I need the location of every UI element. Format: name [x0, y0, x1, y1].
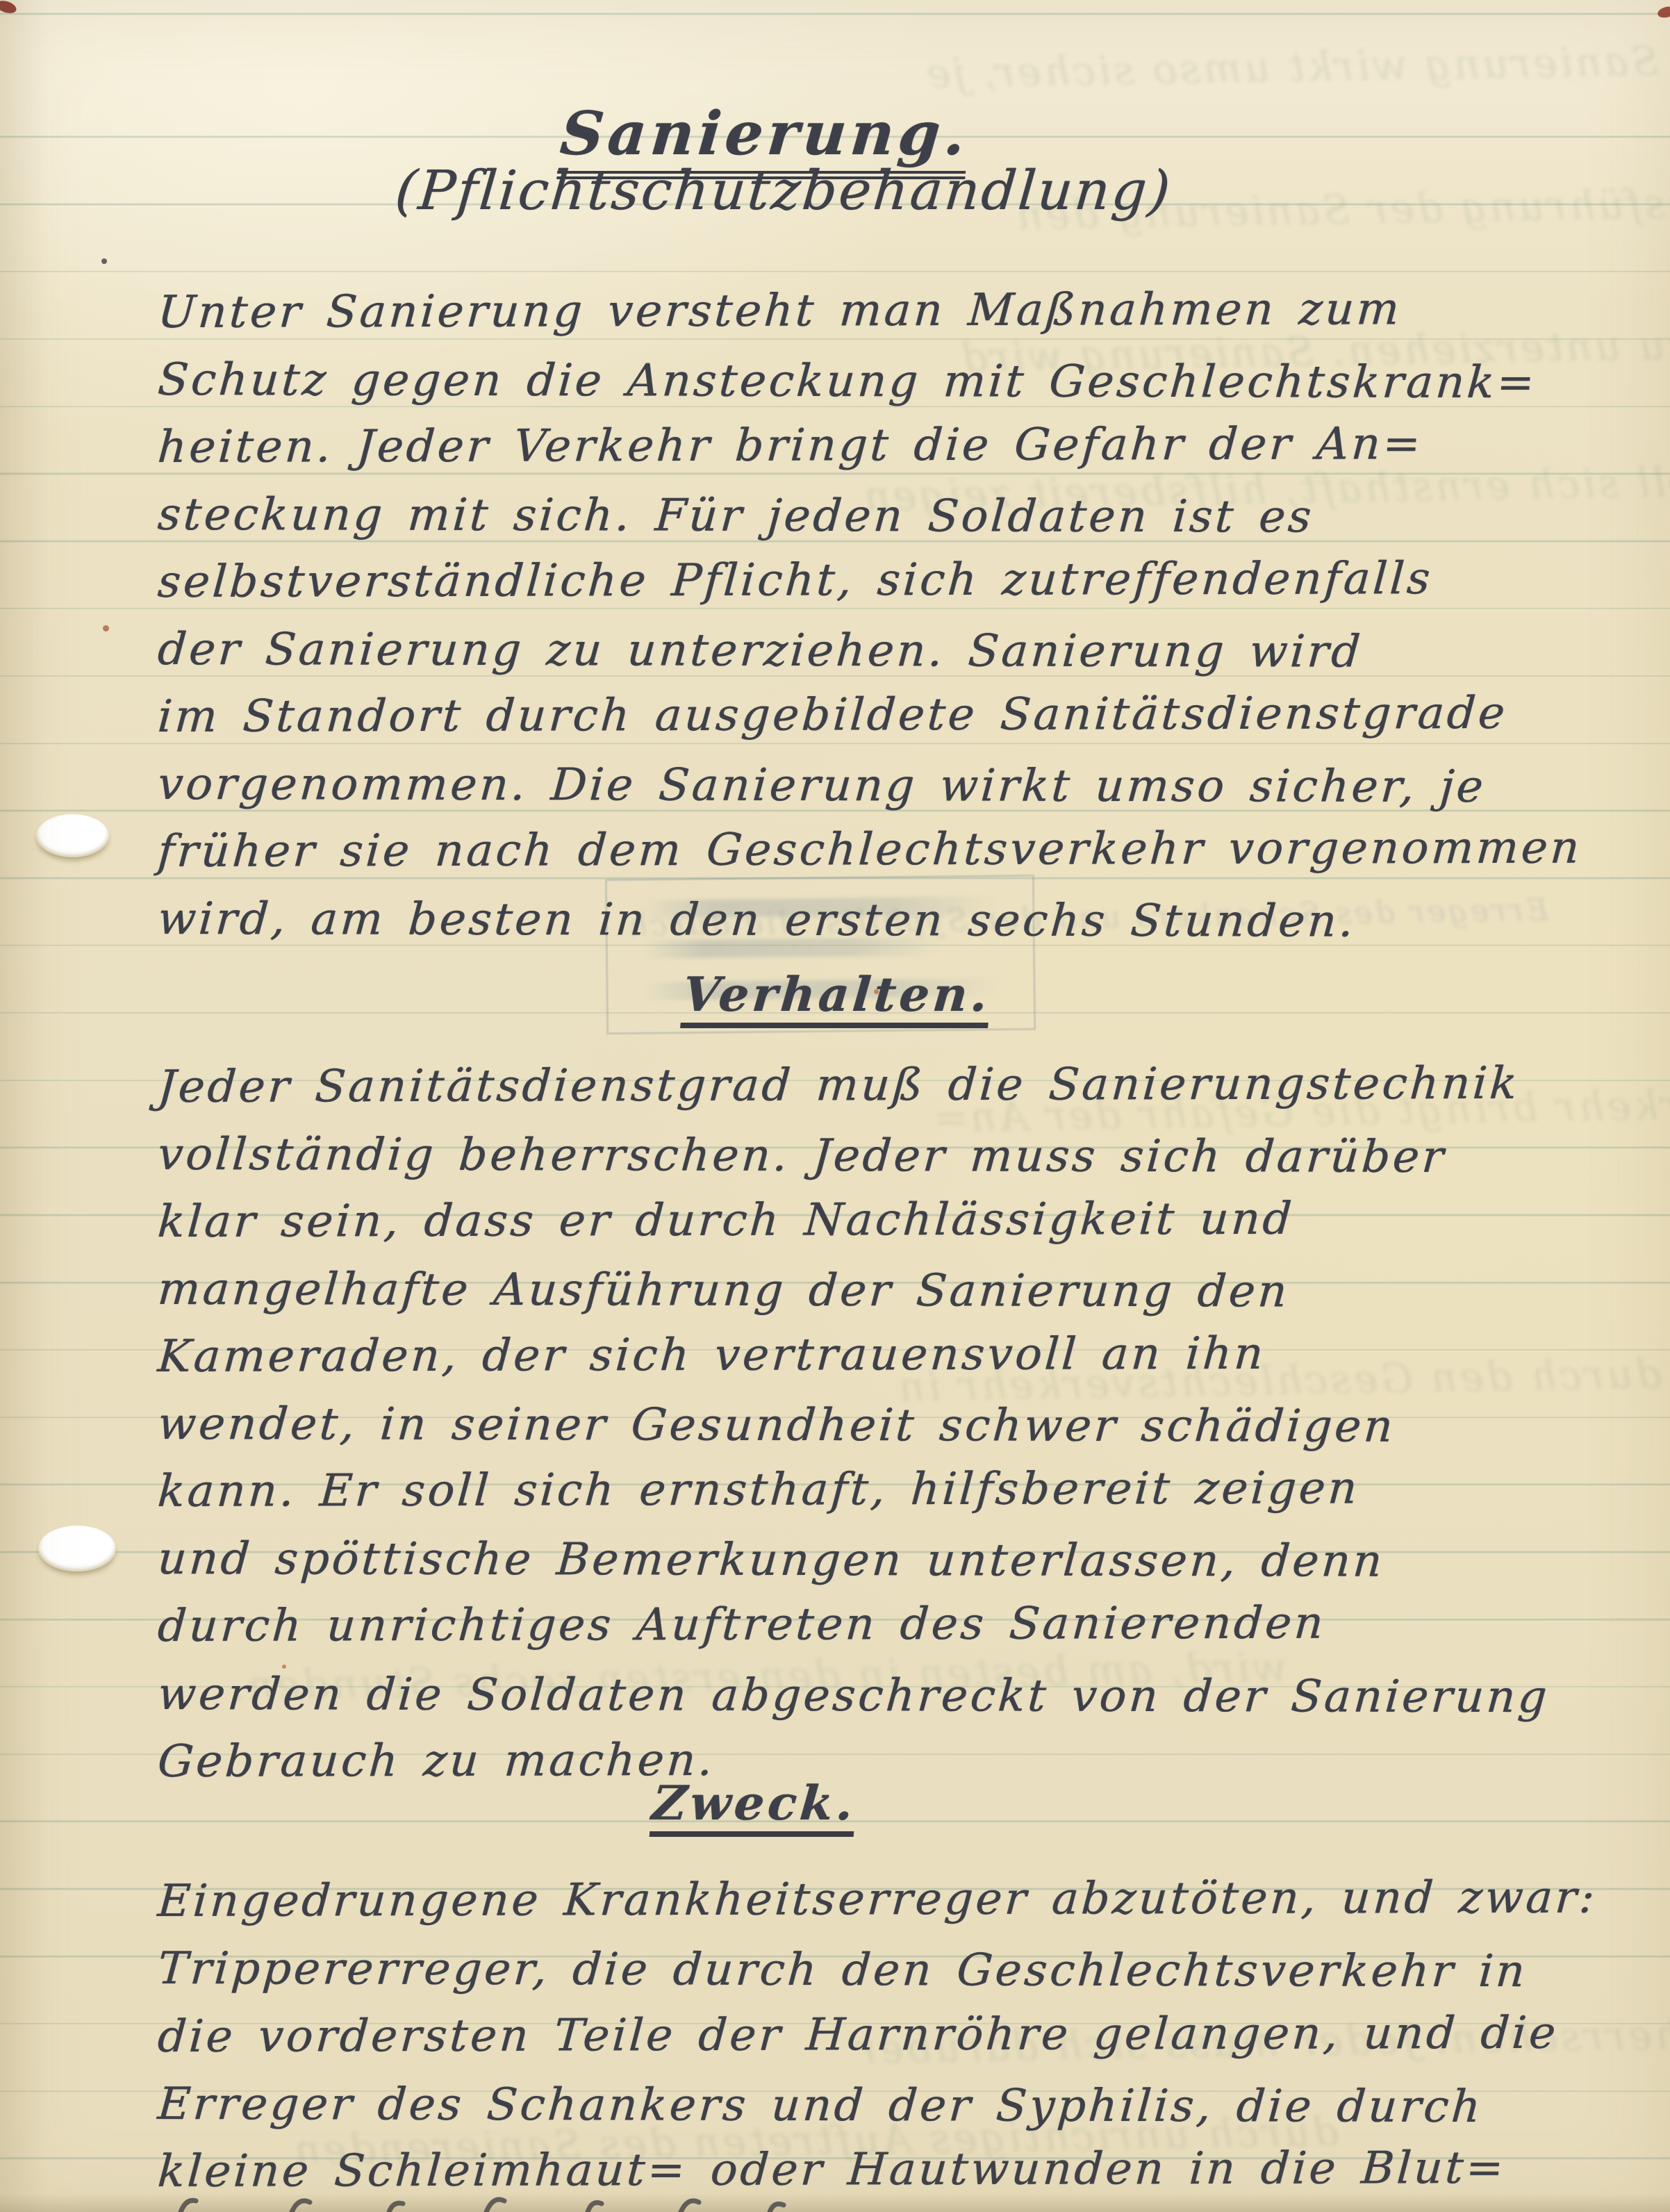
vignette: [0, 0, 1670, 2212]
